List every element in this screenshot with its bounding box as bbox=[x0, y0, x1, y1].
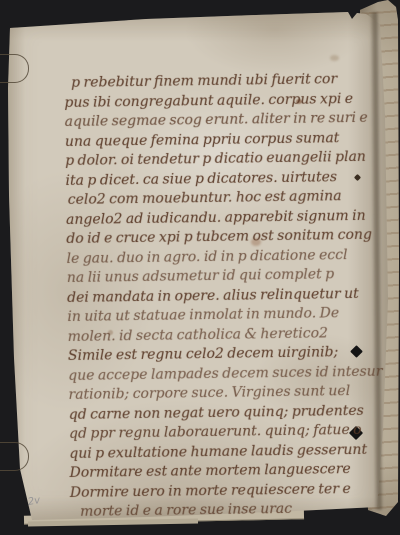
text-line: morte id e a rore sue inse urac bbox=[80, 499, 376, 523]
binding-clip-bottom bbox=[0, 442, 29, 471]
manuscript-text-block: p rebebitur finem mundi ubi fuerit cor p… bbox=[64, 70, 376, 523]
ink-stain bbox=[330, 55, 339, 61]
folio-number-pencil: 2v bbox=[27, 495, 41, 508]
binding-clip-top bbox=[0, 54, 29, 83]
manuscript-photo: p rebebitur finem mundi ubi fuerit cor p… bbox=[0, 0, 400, 535]
